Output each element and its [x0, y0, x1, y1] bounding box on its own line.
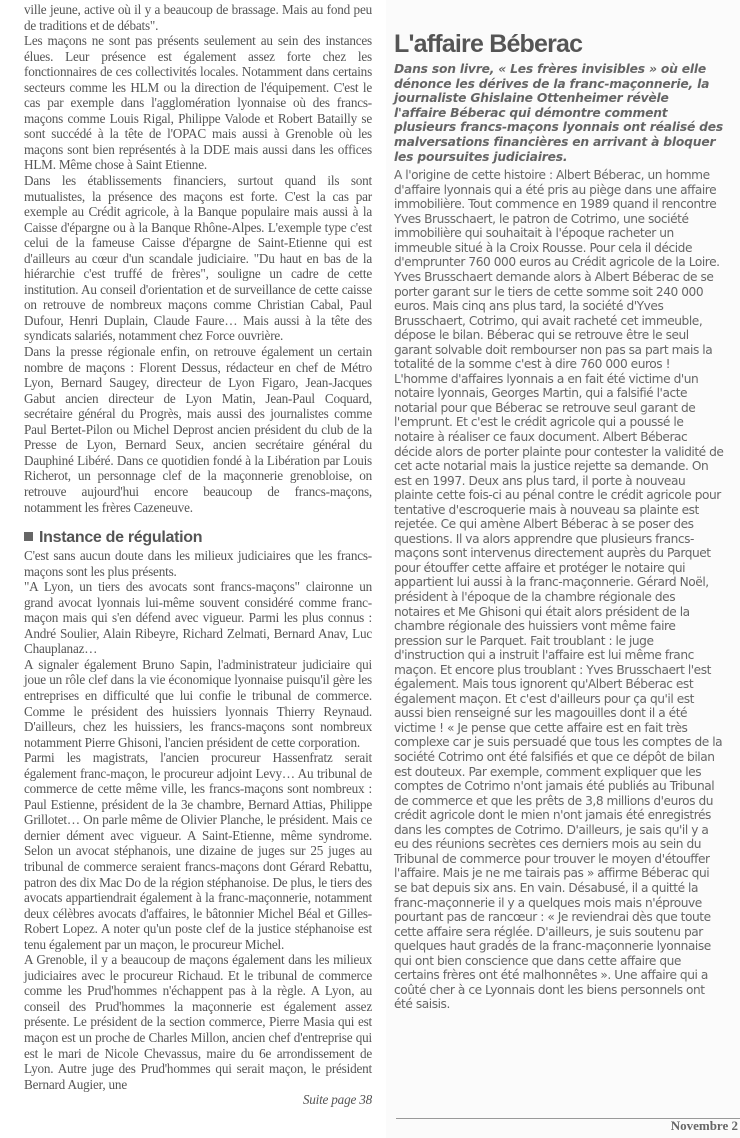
article-paragraph: C'est sans aucun doute dans les milieux … [24, 548, 372, 579]
article-paragraph: Dans la presse régionale enfin, on retro… [24, 344, 372, 515]
section-heading-text: Instance de régulation [39, 529, 202, 546]
article-paragraph: "A Lyon, un tiers des avocats sont franc… [24, 579, 372, 657]
article-paragraph: Dans les établissements financiers, surt… [24, 173, 372, 344]
article-paragraph: Les maçons ne sont pas présents seulemen… [24, 33, 372, 173]
main-article: ville jeune, active où il y a beaucoup d… [24, 2, 372, 1108]
sidebar-headline: L'affaire Béberac [394, 30, 724, 58]
sidebar-box: L'affaire Béberac Dans son livre, « Les … [386, 0, 740, 1138]
page-folio: Novembre 2 [671, 1118, 738, 1134]
sidebar-body: A l'origine de cette histoire : Albert B… [394, 168, 724, 1012]
article-paragraph: A Grenoble, il y a beaucoup de maçons ég… [24, 952, 372, 1092]
sidebar-lead: Dans son livre, « Les frères invisibles … [394, 62, 724, 164]
article-paragraph: A signaler également Bruno Sapin, l'admi… [24, 657, 372, 750]
article-paragraph: Parmi les magistrats, l'ancien procureur… [24, 750, 372, 952]
continued-on-page: Suite page 38 [24, 1092, 372, 1108]
article-paragraph: ville jeune, active où il y a beaucoup d… [24, 2, 372, 33]
section-heading: Instance de régulation [24, 529, 372, 547]
sidebar-content: L'affaire Béberac Dans son livre, « Les … [394, 30, 724, 1012]
square-bullet-icon [24, 532, 33, 541]
